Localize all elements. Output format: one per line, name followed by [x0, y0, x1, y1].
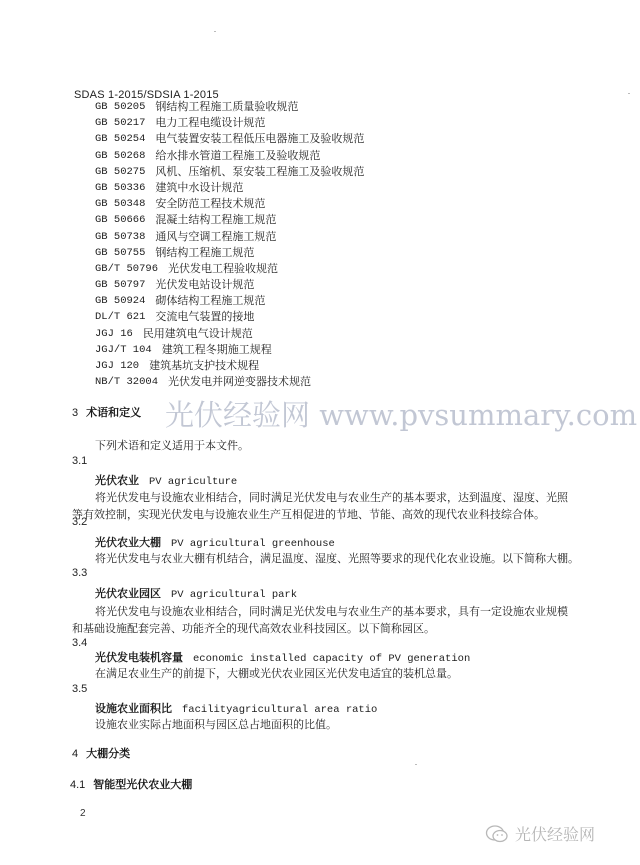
scan-speck	[628, 93, 630, 94]
reference-item: GB 50268给水排水管道工程施工及验收规范	[95, 148, 364, 164]
reference-item: GB/T 50796光伏发电工程验收规范	[95, 261, 364, 277]
term-number: 3.5	[72, 683, 87, 695]
scan-speck	[214, 31, 216, 32]
reference-item: GB 50755钢结构工程施工规范	[95, 245, 364, 261]
corner-watermark: 光伏经验网	[485, 822, 595, 845]
page-number: 2	[80, 808, 86, 819]
term-number: 3.2	[72, 516, 87, 528]
normative-references-list: GB 50205钢结构工程施工质量验收规范 GB 50217电力工程电缆设计规范…	[95, 99, 364, 390]
reference-item: GB 50205钢结构工程施工质量验收规范	[95, 99, 364, 115]
reference-item: GB 50924砌体结构工程施工规范	[95, 293, 364, 309]
reference-item: GB 50666混凝土结构工程施工规范	[95, 212, 364, 228]
wechat-icon	[485, 824, 509, 844]
center-watermark: 光伏经验网 www.pvsummary.com	[165, 393, 637, 434]
term-definition: 在满足农业生产的前提下，大棚或光伏农业园区光伏发电适宜的装机总量。	[95, 665, 458, 682]
term-definition: 将光伏发电与设施农业相结合，同时满足光伏发电与农业生产的基本要求，达到温度、湿度…	[95, 489, 568, 506]
subsection-4-1-heading: 4.1智能型光伏农业大棚	[70, 776, 192, 792]
term-heading: 设施农业面积比facilityagricultural area ratio	[95, 700, 377, 716]
reference-item: DL/T 621交流电气装置的接地	[95, 309, 364, 325]
section-3-intro: 下列术语和定义适用于本文件。	[95, 437, 249, 454]
section-4-heading: 4大棚分类	[72, 745, 130, 761]
term-heading: 光伏农业大棚PV agricultural greenhouse	[95, 534, 335, 550]
reference-item: JGJ/T 104建筑工程冬期施工规程	[95, 342, 364, 358]
reference-item: JGJ 120建筑基坑支护技术规程	[95, 358, 364, 374]
reference-item: NB/T 32004光伏发电并网逆变器技术规范	[95, 374, 364, 390]
reference-item: GB 50348安全防范工程技术规范	[95, 196, 364, 212]
term-definition-cont: 等有效控制，实现光伏发电与设施农业生产互相促进的节地、节能、高效的现代农业科技综…	[72, 506, 545, 523]
document-page: SDAS 1-2015/SDSIA 1-2015 GB 50205钢结构工程施工…	[0, 0, 640, 865]
term-definition: 设施农业实际占地面积与园区总占地面积的比值。	[95, 716, 337, 733]
term-definition-cont: 和基础设施配套完善、功能齐全的现代高效农业科技园区。以下简称园区。	[72, 620, 435, 637]
reference-item: JGJ 16民用建筑电气设计规范	[95, 326, 364, 342]
reference-item: GB 50254电气装置安装工程低压电器施工及验收规范	[95, 131, 364, 147]
term-heading: 光伏农业PV agriculture	[95, 472, 237, 488]
reference-item: GB 50275风机、压缩机、泵安装工程施工及验收规范	[95, 164, 364, 180]
term-heading: 光伏发电装机容量economic installed capacity of P…	[95, 649, 470, 665]
term-number: 3.1	[72, 455, 87, 467]
section-3-heading: 3术语和定义	[72, 404, 141, 420]
term-number: 3.4	[72, 637, 87, 649]
term-heading: 光伏农业园区PV agricultural park	[95, 585, 297, 601]
reference-item: GB 50797光伏发电站设计规范	[95, 277, 364, 293]
reference-item: GB 50738通风与空调工程施工规范	[95, 229, 364, 245]
reference-item: GB 50217电力工程电缆设计规范	[95, 115, 364, 131]
term-definition: 将光伏发电与设施农业相结合，同时满足光伏发电与农业生产的基本要求，具有一定设施农…	[95, 603, 568, 620]
reference-item: GB 50336建筑中水设计规范	[95, 180, 364, 196]
scan-speck	[415, 764, 417, 765]
term-number: 3.3	[72, 567, 87, 579]
term-definition: 将光伏发电与农业大棚有机结合，满足温度、湿度、光照等要求的现代化农业设施。以下简…	[95, 550, 579, 567]
